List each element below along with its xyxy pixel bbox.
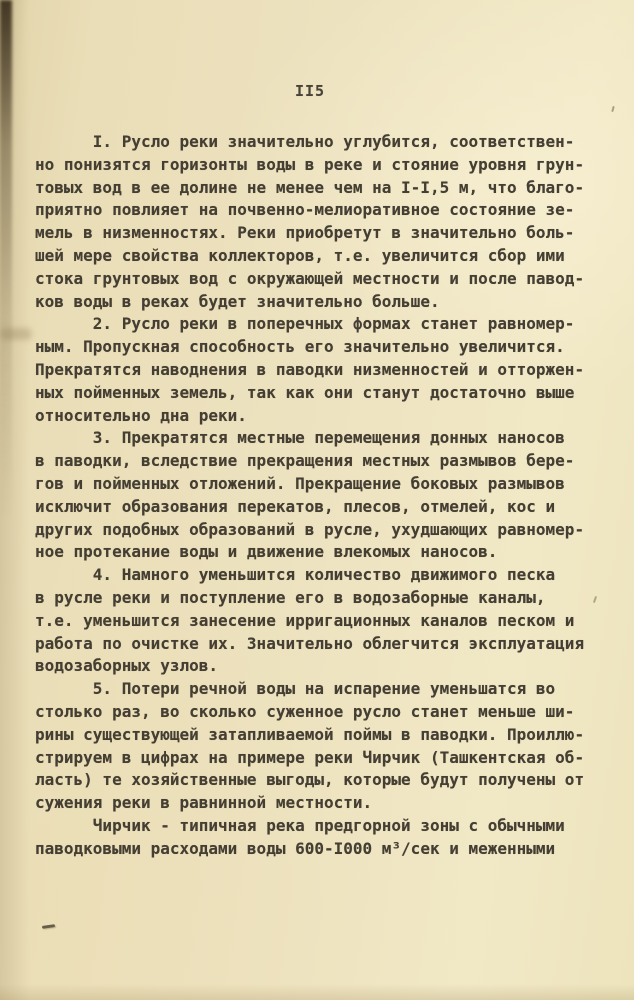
page-number: II5 (0, 82, 620, 100)
body-text: I. Русло реки значительно углубится, соо… (35, 131, 584, 861)
scanned-page: II5 I. Русло реки значительно углубится,… (0, 0, 634, 1000)
paper-smudge (0, 328, 32, 340)
paper-speck (42, 924, 55, 929)
paper-speck (593, 596, 597, 603)
page-bottom-shading (0, 984, 634, 1000)
paper-speck (611, 106, 615, 112)
page-left-edge-shadow (0, 0, 12, 520)
